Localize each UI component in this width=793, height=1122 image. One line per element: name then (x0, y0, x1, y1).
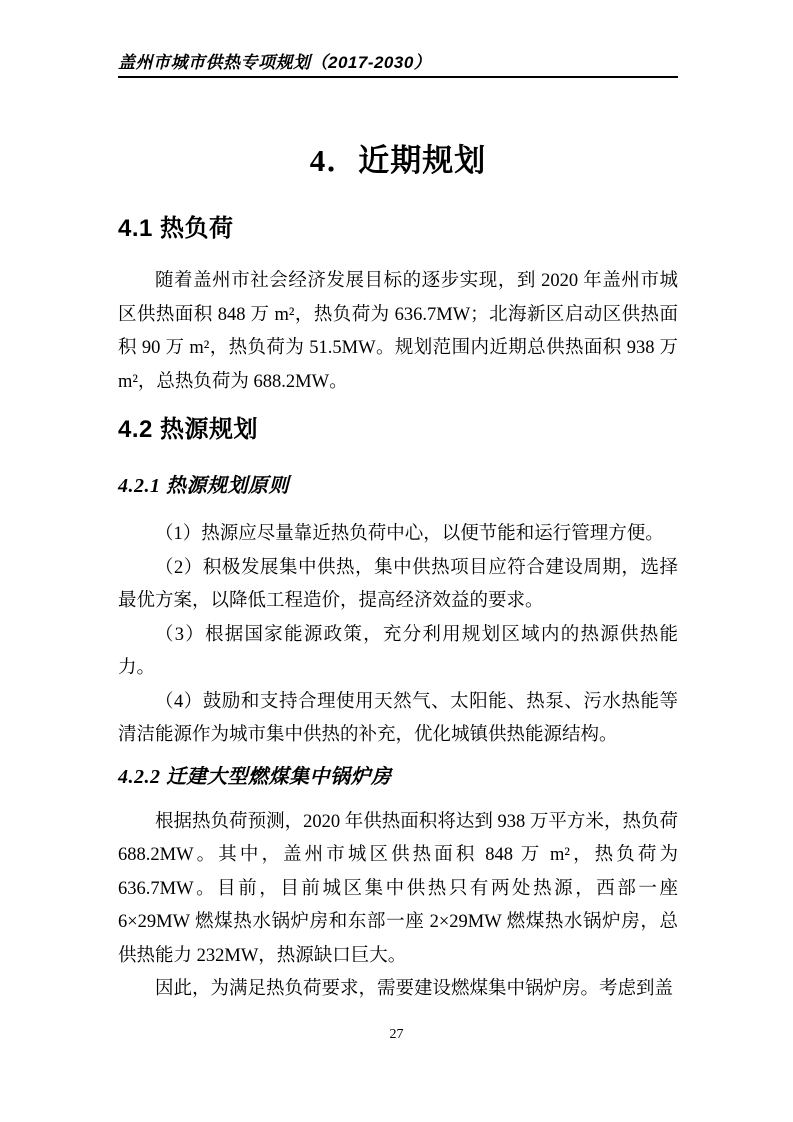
section-heading-4-1: 4.1 热负荷 (118, 215, 678, 242)
page-number: 27 (0, 1026, 793, 1044)
principle-item-1: （1）热源应尽量靠近热负荷中心，以便节能和运行管理方便。 (118, 518, 678, 552)
running-header-title: 盖州市城市供热专项规划（2017-2030） (118, 52, 678, 73)
principle-item-2: （2）积极发展集中供热，集中供热项目应符合建设周期，选择最优方案，以降低工程造价… (118, 552, 678, 619)
principles-list: （1）热源应尽量靠近热负荷中心，以便节能和运行管理方便。 （2）积极发展集中供热… (118, 518, 678, 753)
page-content-column: 盖州市城市供热专项规划（2017-2030） 4．近期规划 4.1 热负荷 随着… (118, 0, 678, 1007)
subsection-heading-4-2-1: 4.2.1 热源规划原则 (118, 474, 678, 498)
document-page: 盖州市城市供热专项规划（2017-2030） 4．近期规划 4.1 热负荷 随着… (0, 0, 793, 1122)
section-heading-4-2: 4.2 热源规划 (118, 416, 678, 443)
section-4-2-2-paragraph-2: 因此，为满足热负荷要求，需要建设燃煤集中锅炉房。考虑到盖 (118, 973, 678, 1007)
section-4-1-paragraph: 随着盖州市社会经济发展目标的逐步实现，到 2020 年盖州市城区供热面积 848… (118, 265, 678, 399)
section-4-2-2-paragraph-1: 根据热负荷预测，2020 年供热面积将达到 938 万平方米，热负荷 688.2… (118, 806, 678, 974)
chapter-title: 4．近期规划 (118, 139, 678, 183)
header-rule-divider (118, 76, 678, 78)
principle-item-3: （3）根据国家能源政策，充分利用规划区域内的热源供热能力。 (118, 619, 678, 686)
principle-item-4: （4）鼓励和支持合理使用天然气、太阳能、热泵、污水热能等清洁能源作为城市集中供热… (118, 686, 678, 753)
subsection-heading-4-2-2: 4.2.2 迁建大型燃煤集中锅炉房 (118, 765, 678, 789)
